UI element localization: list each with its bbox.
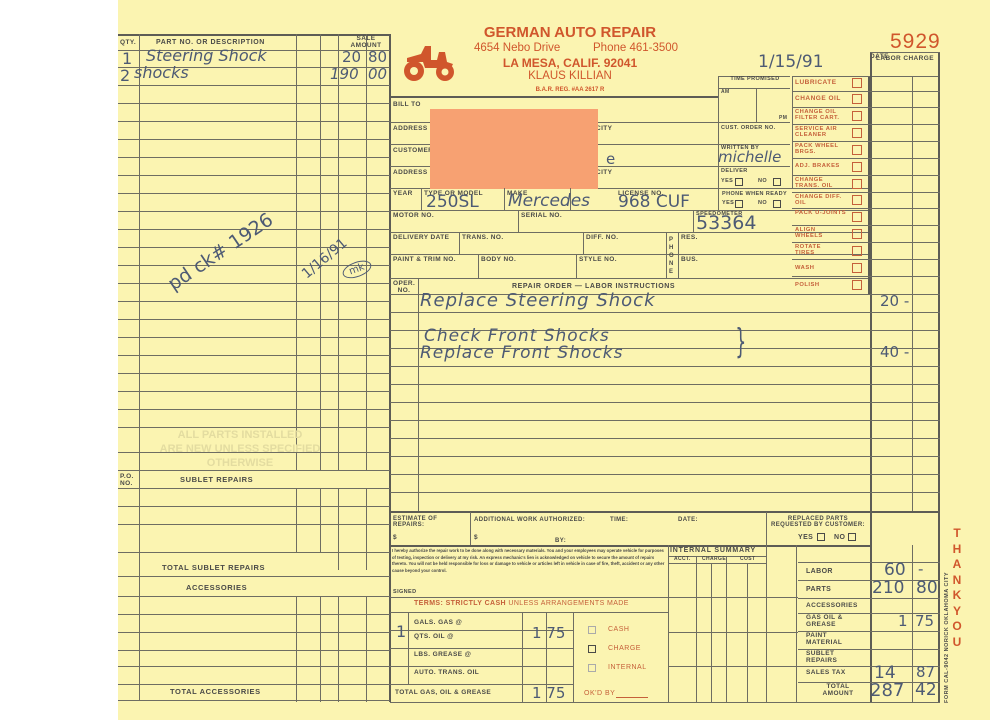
estimate-date-label: DATE: [678,517,698,523]
authorization-text: I hereby authorize the repair work to be… [392,548,666,574]
divider [756,88,757,122]
divider [296,488,297,552]
oper-no-label: OPER. NO. [393,281,415,295]
divider [576,254,577,278]
divider [118,700,390,701]
total-gas-oil-cents: 75 [915,612,934,630]
service-wash-checkbox[interactable] [852,263,862,273]
row-rule [390,384,940,385]
license-value: 968 CUF [618,192,690,212]
divider [792,208,940,209]
additional-dollar: $ [474,535,478,542]
divider [366,596,367,702]
total-fluids-value: 1 75 [532,684,565,702]
row-rule [390,438,940,439]
service-wheel-bearings-checkbox[interactable] [852,145,862,155]
address-label: ADDRESS [393,126,428,133]
row-rule [118,319,390,320]
fluid-oil-qty: 1 [396,622,406,641]
divider [668,632,798,633]
divider [792,141,940,142]
service-adj-brakes: ADJ. BRAKES [795,163,840,169]
row-rule [118,632,390,633]
row-rule [118,121,390,122]
row-rule [118,283,390,284]
estimate-label: ESTIMATE OF REPAIRS: [393,516,463,529]
year-label: YEAR [393,191,413,198]
service-oil-filter-checkbox[interactable] [852,111,862,121]
model-value: 250SL [426,192,479,212]
customer-label: CUSTOMER [393,148,433,155]
row-rule [118,139,390,140]
divider [139,34,140,700]
service-align-wheels-checkbox[interactable] [852,229,862,239]
total-parts-dollars: 210 [872,578,904,598]
total-fluids-label: TOTAL GAS, OIL & GREASE [395,690,491,697]
total-labor-cents: - [918,560,923,578]
divider [718,76,719,188]
row-rule [118,391,390,392]
row-rule [390,456,940,457]
deliver-no-checkbox[interactable] [773,178,781,186]
payment-internal-label: INTERNAL [608,664,647,671]
service-polish-checkbox[interactable] [852,280,862,290]
divider [726,556,727,702]
payment-internal-checkbox[interactable] [588,664,596,672]
divider [390,612,668,613]
bus-label: BUS. [681,257,698,264]
row-rule [118,506,390,507]
divider [668,563,766,564]
replaced-parts-no-checkbox[interactable] [848,533,856,541]
divider [390,96,718,98]
divider [668,597,798,598]
service-air-cleaner: SERVICE AIR CLEANER [795,126,849,138]
divider [390,511,940,513]
divider [522,612,523,702]
body-label: BODY NO. [481,257,516,264]
qty-header: QTY. [120,40,136,47]
service-wash: WASH [795,265,814,271]
row-rule [390,492,940,493]
total-parts-cents: 80 [916,578,938,598]
internal-summary-title: INTERNAL SUMMARY [670,547,756,554]
part-description: shocks [134,63,189,82]
bill-to-label: BILL TO [393,102,421,109]
thank-you-text: THANK YOU [950,526,964,650]
deliver-yes-checkbox[interactable] [735,178,743,186]
service-rotate-tires: ROTATE TIRES [795,244,835,256]
diff-label: DIFF. NO. [586,235,619,242]
service-oil-filter: CHANGE OIL FILTER CART. [795,109,849,121]
fluid-oil-amount: 1 75 [532,624,565,642]
row-rule [118,666,390,667]
antique-car-icon [401,42,459,82]
total-sales-tax-cents: 87 [916,663,935,681]
labor-line: Replace Front Shocks [420,343,623,363]
date-value: 1/15/91 [758,52,824,72]
row-rule [118,103,390,104]
service-adj-brakes-checkbox[interactable] [852,162,862,172]
service-change-oil-checkbox[interactable] [852,94,862,104]
row-rule [118,373,390,374]
phone-ready-yes-checkbox[interactable] [735,200,743,208]
row-rule [118,157,390,158]
divider [792,124,940,125]
bar-registration: B.A.R. REG. #AA 2617 R [470,87,670,93]
divider [792,276,940,277]
speedometer-value: 53364 [696,212,756,234]
pm-label: PM [779,116,787,121]
form-number: 5929 [890,30,941,54]
paint-trim-label: PAINT & TRIM NO. [393,257,456,264]
part-dollars: 190 [330,65,359,83]
total-sublet-label: SUBLET REPAIRS [806,651,856,665]
phone-when-ready-label: PHONE WHEN READY [722,192,787,198]
make-value: Mercedes [508,191,590,211]
total-gas-oil-label: GAS OIL & GREASE [806,615,856,629]
row-rule [390,402,940,403]
time-promised-label: TIME PROMISED [722,77,788,83]
divider [678,232,679,278]
divider [718,166,790,167]
row-rule [118,337,390,338]
brace-icon: } [735,322,746,362]
payment-cash-label: CASH [608,626,629,633]
divider [696,556,697,702]
total-sales-tax-label: SALES TAX [806,670,846,677]
row-rule [390,420,940,421]
shop-owner: KLAUS KILLIAN [470,70,670,82]
replaced-parts-label: REPLACED PARTS REQUESTED BY CUSTOMER: [770,516,866,529]
divider [792,76,793,188]
service-lubricate-checkbox[interactable] [852,78,862,88]
service-rotate-tires-checkbox[interactable] [852,246,862,256]
service-diff-oil-checkbox[interactable] [852,195,862,205]
terms-line: TERMS: STRICTLY CASH UNLESS ARRANGEMENTS… [414,600,629,607]
divider [796,545,797,702]
redaction-sticker [430,109,598,189]
written-by-value: michelle [718,148,781,166]
watermark-line: ALL PARTS INSTALLED [140,428,340,442]
row-rule [118,650,390,651]
replaced-parts-yes-checkbox[interactable] [817,533,825,541]
row-rule [118,301,390,302]
parts-watermark: ALL PARTS INSTALLED ARE NEW UNLESS SPECI… [140,428,340,470]
payment-charge-label: CHARGE [608,645,641,652]
row-rule [118,409,390,410]
divider [870,52,872,702]
fluid-grease-label: LBS. GREASE @ [414,652,471,659]
divider [870,52,940,53]
service-diff-oil: CHANGE DIFF. OIL [795,194,849,206]
divider [668,545,669,702]
phone-ready-yes-label: YES [722,201,734,207]
payment-cash-checkbox[interactable] [588,626,596,634]
total-labor-dollars: 60 [884,560,906,580]
row-rule [118,684,390,685]
divider [390,278,868,279]
row-rule [118,470,390,471]
watermark-line: OTHERWISE [140,456,340,470]
divider [666,232,667,278]
row-rule [118,524,390,525]
labor-line-charge: 40 - [880,343,909,361]
fluid-trans-oil-label: AUTO. TRANS. OIL [414,670,479,677]
part-dollars: 20 [342,48,361,66]
city-label: CITY [596,126,612,133]
row-rule [118,614,390,615]
row-rule [118,85,390,86]
am-label: AM [721,90,730,95]
divider [668,666,798,667]
divider [792,91,940,92]
cust-order-label: CUST. ORDER NO. [721,126,776,132]
divider [459,232,460,254]
res-label: RES. [681,235,698,242]
row-rule [390,474,940,475]
motor-label: MOTOR NO. [393,213,434,220]
divider [792,192,940,193]
serial-label: SERIAL NO. [521,213,562,220]
total-labor-label: LABOR [806,568,833,575]
watermark-line: ARE NEW UNLESS SPECIFIED [140,442,340,456]
divider [693,210,694,232]
service-air-cleaner-checkbox[interactable] [852,128,862,138]
divider [938,52,940,702]
divider [390,597,668,598]
row-rule [118,355,390,356]
divider [718,122,790,123]
divider [792,175,940,176]
replaced-parts-no-label: NO [834,534,845,541]
additional-work-label: ADDITIONAL WORK AUTHORIZED: [474,517,585,523]
divider [296,596,297,702]
row-rule [118,596,390,597]
divider [792,259,940,260]
labor-line: Replace Steering Shock [420,290,656,311]
repair-order-form: QTY. PART NO. OR DESCRIPTION SALE AMOUNT… [118,0,990,720]
shop-address: 4654 Nebo Drive [474,42,560,54]
fluid-oil-label: QTS. OIL @ [414,634,454,641]
fluid-gas-label: GALS. GAS @ [414,620,462,627]
total-amount-cents: 42 [915,680,937,700]
divider [338,596,339,702]
divider [478,254,479,278]
divider [573,612,574,702]
row-rule [118,576,390,577]
total-parts-label: PARTS [806,586,831,593]
divider [798,702,940,703]
time-label: TIME: [610,517,628,523]
service-trans-oil: CHANGE TRANS. OIL [795,177,849,189]
divider [798,598,940,599]
divider [583,232,584,254]
deliver-yes-label: YES [721,179,733,185]
divider [338,488,339,570]
divider [912,545,913,702]
row-rule [118,488,390,489]
divider [366,34,367,470]
total-accessories-row-label: ACCESSORIES [806,603,858,610]
divider [718,188,719,210]
row-rule [390,312,940,313]
divider [792,242,940,243]
total-amount-label: TOTAL AMOUNT [818,684,858,698]
sublet-repairs-label: SUBLET REPAIRS [180,476,253,484]
address-2-label: ADDRESS [393,170,428,177]
labor-line-charge: 20 - [880,292,909,310]
service-lubricate: LUBRICATE [795,80,837,87]
po-label: P.O. NO. [120,474,138,488]
divider [421,188,422,210]
service-u-joints: PACK U-JOINTS [795,210,849,216]
row-rule [118,552,390,553]
shop-name: GERMAN AUTO REPAIR [470,24,670,41]
okd-by-label: OK'D BY [584,690,615,697]
divider [389,34,391,702]
divider [390,545,870,547]
total-paint-label: PAINT MATERIAL [806,633,856,647]
phone-ready-no-checkbox[interactable] [773,200,781,208]
row-rule [390,366,940,367]
accessories-label: ACCESSORIES [186,584,247,592]
row-rule [390,666,573,667]
city-2-label: CITY [596,170,612,177]
estimate-dollar: $ [393,535,397,542]
part-qty: 2 [120,66,130,85]
service-wheel-bearings: PACK WHEEL BRGS. [795,143,849,155]
divider [518,210,519,232]
divider [296,34,297,470]
total-gas-oil-dollars: 1 [898,612,908,630]
part-cents: 00 [368,65,387,83]
row-rule [118,211,390,212]
service-change-oil: CHANGE OIL [795,96,841,103]
replaced-parts-yes-label: YES [798,534,813,541]
service-polish: POLISH [795,282,820,288]
by-label: BY: [555,538,566,544]
divider [792,225,940,226]
divider [320,596,321,702]
total-accessories-label: TOTAL ACCESSORIES [170,688,261,696]
payment-note-initials: mk [340,257,373,281]
row-rule [390,648,573,649]
service-u-joints-checkbox[interactable] [852,212,862,222]
terms-suffix: UNLESS ARRANGEMENTS MADE [508,600,628,607]
total-amount-dollars: 287 [870,680,904,701]
divider [418,278,419,512]
labor-charge-header: LABOR CHARGE [874,56,936,63]
divider [366,488,367,570]
phone-ready-no-label: NO [758,201,767,207]
total-sublet-repairs-label: TOTAL SUBLET REPAIRS [162,564,265,572]
internal-cost-header: COST [740,557,756,562]
internal-charge-header: CHARGE [702,557,726,562]
delivery-date-label: DELIVERY DATE [393,235,449,242]
okd-by-line [616,697,648,698]
divider [792,107,940,108]
customer-field-mark: e [606,150,615,168]
signed-label: SIGNED [393,590,417,596]
row-rule [118,175,390,176]
internal-acct-header: ACCT. [674,557,691,562]
service-align-wheels: ALIGN WHEELS [795,227,835,239]
payment-charge-checkbox[interactable] [588,645,596,653]
service-trans-oil-checkbox[interactable] [852,179,862,189]
part-cents: 80 [368,48,387,66]
deliver-no-label: NO [758,179,767,185]
style-label: STYLE NO. [579,257,617,264]
trans-label: TRANS. NO. [462,235,504,242]
deliver-label: DELIVER [721,169,748,175]
divider [766,512,767,702]
divider [792,158,940,159]
phone-vertical-label: PHONE [669,236,677,276]
divider [470,512,471,545]
divider [792,76,940,77]
row-rule [118,193,390,194]
terms-prefix: TERMS: STRICTLY CASH [414,600,506,607]
shop-phone: Phone 461-3500 [593,42,678,54]
divider [320,488,321,552]
shop-city: LA MESA, CALIF. 92041 [470,56,670,70]
divider [504,188,505,210]
